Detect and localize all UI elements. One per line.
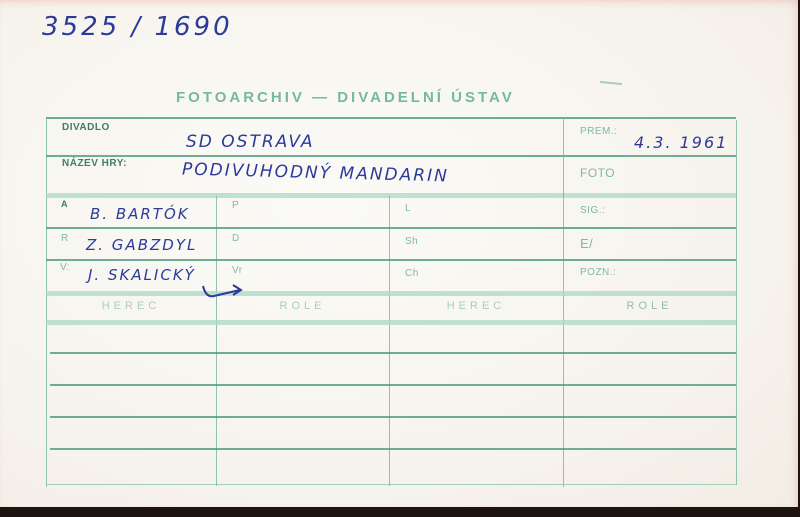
divider-col-2 xyxy=(389,196,390,486)
arrow-right-icon xyxy=(200,282,246,302)
archive-card: 3525 / 1690 FOTOARCHIV — DIVADELNÍ ÚSTAV… xyxy=(0,0,798,507)
column-header-herec-2: HEREC xyxy=(389,300,563,312)
stray-mark xyxy=(600,81,622,85)
value-premiera: 4.3. 1961 xyxy=(634,133,728,152)
stamp-header: FOTOARCHIV — DIVADELNÍ ÚSTAV xyxy=(176,89,515,106)
table-row-line-2 xyxy=(50,384,736,386)
label-p: P xyxy=(232,200,239,211)
divider-table-header xyxy=(46,320,736,325)
inventory-number: 3525 / 1690 xyxy=(42,12,233,42)
value-divadlo: SD OSTRAVA xyxy=(186,132,315,152)
divider-row-r xyxy=(46,259,736,261)
label-premiera: PREM.: xyxy=(580,126,617,137)
value-a: B. BARTÓK xyxy=(90,205,190,223)
column-header-role-2: ROLE xyxy=(563,300,736,312)
table-row-line-1 xyxy=(50,352,736,354)
table-row-line-3 xyxy=(50,416,736,418)
label-vr: Vr xyxy=(232,265,243,276)
label-sh: Sh xyxy=(405,236,418,247)
label-foto: FOTO xyxy=(580,166,615,180)
label-divadlo: DIVADLO xyxy=(62,122,110,133)
table-row-line-4 xyxy=(50,448,736,450)
divider-divadlo xyxy=(46,155,736,157)
divider-col-1 xyxy=(216,196,217,486)
frame-bottom-line xyxy=(46,484,736,485)
divider-credits-end xyxy=(46,291,736,296)
label-ch: Ch xyxy=(405,268,419,279)
label-nazev-hry: NÁZEV HRY: xyxy=(62,158,127,169)
frame-right-line xyxy=(736,120,737,485)
value-r: Z. GABZDYL xyxy=(86,236,197,254)
divider-nazev xyxy=(46,193,736,198)
column-header-role-1: ROLE xyxy=(216,300,389,312)
label-e: E/ xyxy=(580,236,593,251)
label-l: L xyxy=(405,203,411,214)
frame-top-line xyxy=(46,117,736,119)
label-pozn: POZN.: xyxy=(580,267,616,278)
label-a: A xyxy=(61,199,68,209)
label-r: R xyxy=(61,233,69,244)
value-nazev-hry: PODIVUHODNÝ MANDARIN xyxy=(182,160,449,187)
column-header-herec-1: HEREC xyxy=(46,300,216,312)
divider-row-a xyxy=(46,227,736,229)
label-v: V: xyxy=(60,262,70,273)
value-v: J. SKALICKÝ xyxy=(88,266,196,284)
label-d: D xyxy=(232,233,240,244)
label-sig: SIG.: xyxy=(580,205,605,216)
